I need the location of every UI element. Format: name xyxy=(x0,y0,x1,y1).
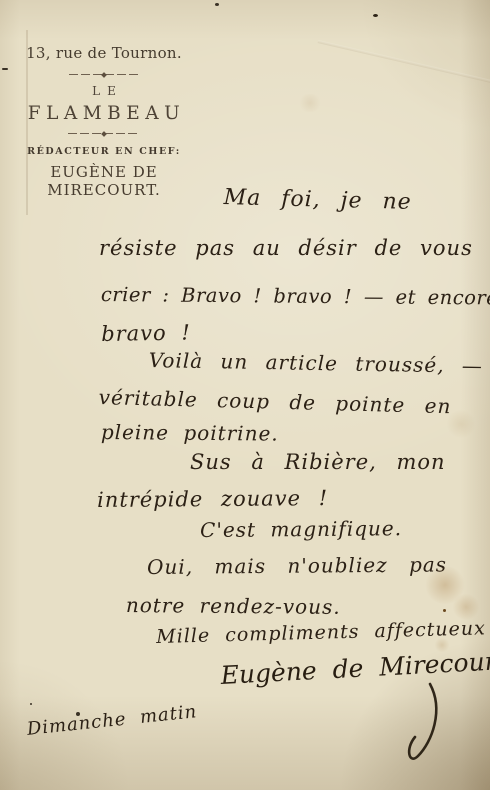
paper-crease-diagonal xyxy=(318,40,490,95)
masthead-le: LE xyxy=(18,84,190,98)
letter-page: 13, rue de Tournon. LE FLAMBEAU RÉDACTEU… xyxy=(0,0,490,790)
editor-role-label: RÉDACTEUR EN CHEF: xyxy=(18,146,190,157)
foxing-stain xyxy=(452,594,480,620)
ink-speck xyxy=(30,703,32,705)
foxing-stain xyxy=(298,94,322,112)
handwritten-line: Ma foi, je ne xyxy=(223,186,412,215)
handwritten-line: C'est magnifique. xyxy=(200,517,402,541)
ink-speck xyxy=(215,3,219,6)
handwritten-line: véritable coup de pointe en xyxy=(98,386,451,417)
masthead-title: FLAMBEAU xyxy=(18,103,190,124)
handwritten-line: Voilà un article troussé, — xyxy=(149,349,483,377)
letterhead-address: 13, rue de Tournon. xyxy=(18,44,190,62)
handwritten-line: bravo ! xyxy=(101,321,191,346)
handwritten-line: crier : Bravo ! bravo ! — et encore xyxy=(101,284,490,309)
handwritten-line: Mille compliments affectueux xyxy=(156,618,486,648)
handwritten-line: pleine poitrine. xyxy=(101,421,279,445)
signature-flourish xyxy=(368,676,458,776)
letterhead: 13, rue de Tournon. LE FLAMBEAU RÉDACTEU… xyxy=(18,0,190,199)
handwritten-line: Sus à Ribière, mon xyxy=(190,451,446,474)
editor-name: EUGÈNE DE MIRECOURT. xyxy=(18,163,190,199)
letterhead-divider-bottom xyxy=(68,133,140,134)
ink-speck xyxy=(2,68,8,70)
letterhead-divider-top xyxy=(69,74,139,75)
dateline: Dimanche matin xyxy=(26,702,198,740)
ink-speck xyxy=(373,14,378,17)
handwritten-line: notre rendez-vous. xyxy=(126,594,341,618)
handwritten-line: intrépide zouave ! xyxy=(97,487,328,512)
handwritten-line: Oui, mais n'oubliez pas xyxy=(147,553,447,578)
ink-speck xyxy=(443,609,446,612)
handwritten-line: résiste pas au désir de vous xyxy=(99,237,473,260)
